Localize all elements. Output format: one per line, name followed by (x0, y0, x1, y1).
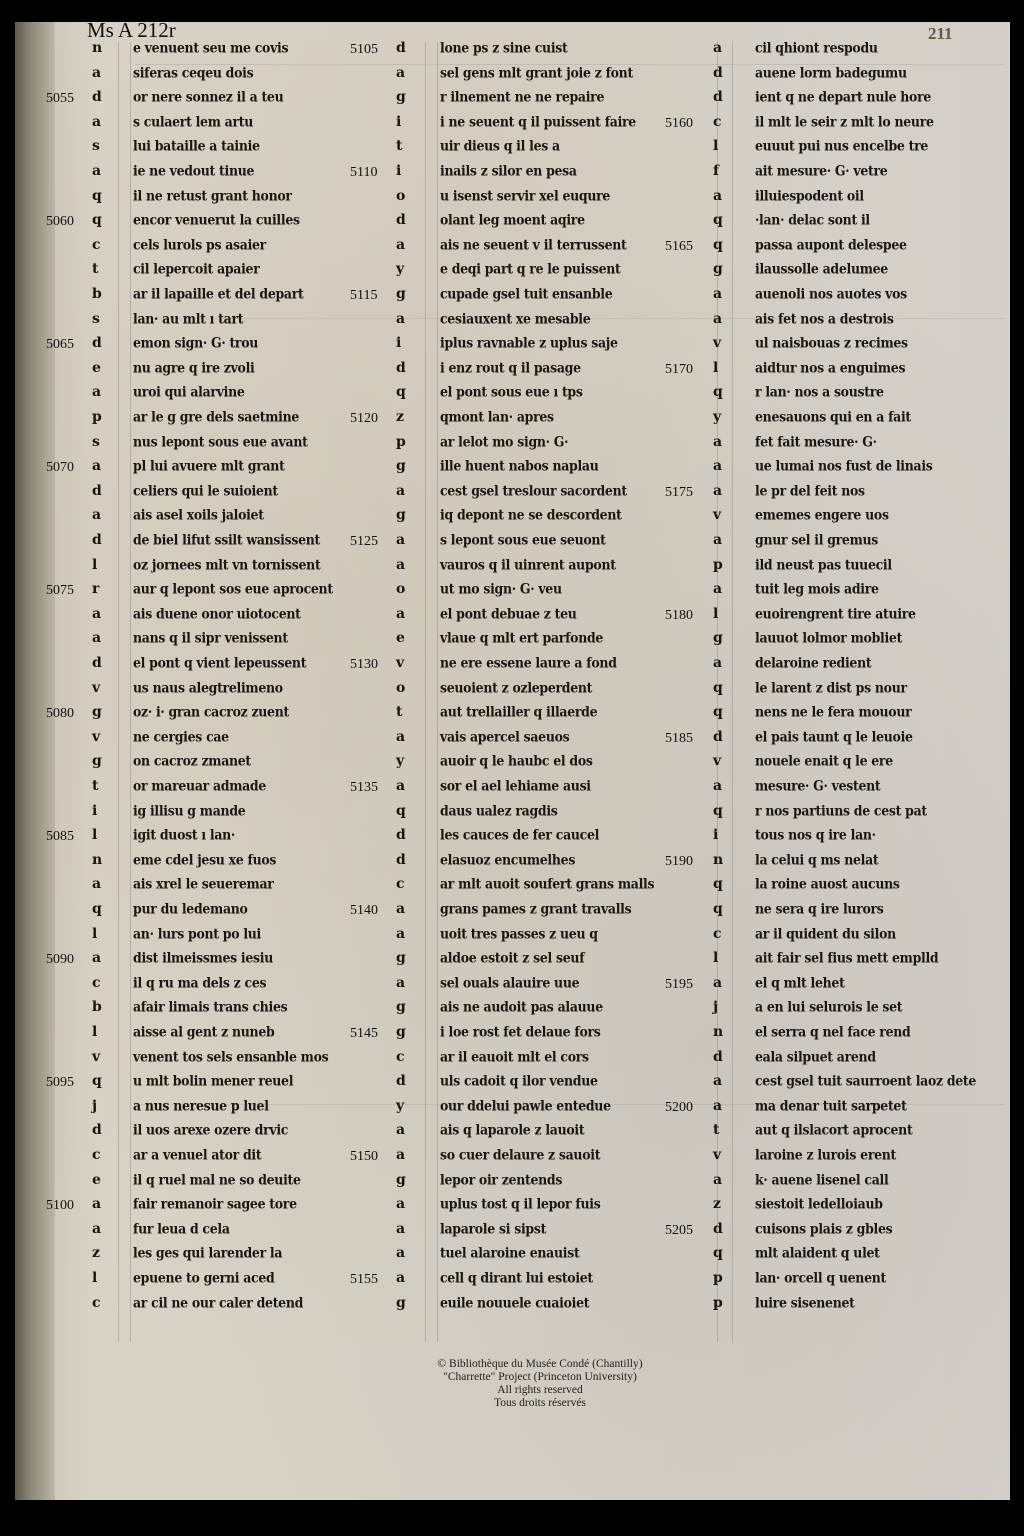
verse-initial: z (92, 1245, 100, 1261)
verse-initial: l (92, 1024, 97, 1040)
verse-text: el pais taunt q le leuoie (755, 728, 913, 745)
verse-text: emon sign· G· trou (133, 334, 258, 351)
verse-initial: a (92, 384, 101, 400)
line-number: 5190 (665, 854, 693, 870)
verse-text: lui bataille a tainie (133, 137, 260, 154)
verse-text: tuel alaroine enauist (440, 1244, 579, 1261)
verse-text: ie ne vedout tinue (133, 162, 254, 179)
verse-text: el pont debuae z teu (440, 605, 577, 622)
verse-initial: a (713, 778, 722, 794)
verse-text: i enz rout q il pasage (440, 359, 581, 376)
verse-initial: o (396, 581, 405, 597)
verse-initial: a (396, 606, 405, 622)
verse-initial: a (396, 1245, 405, 1261)
verse-text: nouele enait q le ere (755, 752, 893, 769)
verse-initial: b (92, 999, 102, 1015)
verse-initial: d (92, 483, 102, 499)
verse-initial: a (396, 1196, 405, 1212)
verse-initial: o (396, 188, 405, 204)
verse-text: s culaert lem artu (133, 113, 253, 130)
verse-text: tous nos q ire lan· (755, 826, 876, 843)
verse-text: grans pames z grant travalls (440, 900, 631, 917)
verse-text: r lan· nos a soustre (755, 383, 884, 400)
line-number: 5055 (46, 91, 74, 107)
verse-initial: q (713, 237, 723, 253)
verse-text: auene lorm badegumu (755, 63, 907, 80)
verse-initial: t (92, 261, 98, 277)
verse-initial: e (92, 360, 101, 376)
verse-text: nens ne le fera mouour (755, 703, 911, 720)
verse-initial: q (92, 188, 102, 204)
line-number: 5185 (665, 731, 693, 747)
verse-initial: j (713, 999, 718, 1015)
verse-initial: c (713, 114, 722, 130)
line-number: 5065 (46, 337, 74, 353)
verse-text: laroine z lurois erent (755, 1146, 896, 1163)
verse-text: e deqi part q re le puissent (440, 260, 621, 277)
verse-initial: q (713, 876, 723, 892)
verse-initial: c (713, 926, 722, 942)
verse-text: aidtur nos a enguimes (755, 359, 905, 376)
verse-text: cels lurols ps asaier (133, 236, 266, 253)
line-number: 5120 (350, 411, 378, 427)
verse-text: eme cdel jesu xe fuos (133, 851, 276, 868)
verse-text: auoir q le haubc el dos (440, 752, 593, 769)
verse-text: la celui q ms nelat (755, 851, 878, 868)
verse-text: auenoli nos auotes vos (755, 285, 907, 302)
verse-initial: z (713, 1196, 721, 1212)
folio-label: Ms A 212r (87, 20, 176, 41)
verse-text: oz jornees mlt vn tornissent (133, 555, 320, 572)
verse-initial: g (396, 950, 406, 966)
verse-initial: v (396, 655, 404, 671)
verse-initial: a (396, 926, 405, 942)
verse-initial: l (713, 360, 718, 376)
verse-text: uir dieus q il les a (440, 137, 560, 154)
verse-initial: a (92, 630, 101, 646)
verse-text: uls cadoit q ilor vendue (440, 1072, 598, 1089)
verse-text: el pont sous eue ı tps (440, 383, 583, 400)
verse-initial: a (713, 532, 722, 548)
copyright-line: © Bibliothèque du Musée Condé (Chantilly… (380, 1358, 700, 1371)
line-number: 5110 (350, 165, 377, 181)
verse-text: r nos partiuns de cest pat (755, 801, 927, 818)
verse-initial: a (92, 65, 101, 81)
verse-text: olant leg moent aqire (440, 211, 585, 228)
verse-initial: a (396, 483, 405, 499)
verse-text: les ges qui larender la (133, 1244, 282, 1261)
verse-text: nans q il sipr venissent (133, 629, 288, 646)
line-number: 5200 (665, 1100, 693, 1116)
ruling-line (732, 42, 733, 1342)
verse-text: cuisons plais z gbles (755, 1220, 892, 1237)
line-number: 5075 (46, 583, 74, 599)
verse-initial: c (92, 975, 101, 991)
verse-text: oz· i· gran cacroz zuent (133, 703, 289, 720)
verse-text: ar il quident du silon (755, 924, 896, 941)
verse-text: igit duost ı lan· (133, 826, 235, 843)
verse-initial: q (713, 384, 723, 400)
verse-initial: n (92, 40, 102, 56)
verse-initial: d (92, 1122, 102, 1138)
verse-initial: n (713, 1024, 723, 1040)
verse-initial: t (396, 704, 402, 720)
verse-initial: a (713, 311, 722, 327)
verse-text: cest gsel treslour sacordent (440, 482, 627, 499)
verse-text: on cacroz zmanet (133, 752, 251, 769)
line-number: 5145 (350, 1026, 378, 1042)
verse-text: la roine auost aucuns (755, 875, 900, 892)
line-number: 5080 (46, 706, 74, 722)
verse-initial: g (713, 261, 723, 277)
verse-initial: g (396, 1172, 406, 1188)
verse-initial: d (396, 212, 406, 228)
verse-initial: q (92, 1073, 102, 1089)
verse-initial: g (92, 753, 102, 769)
verse-initial: t (92, 778, 98, 794)
verse-initial: a (396, 65, 405, 81)
verse-initial: p (396, 434, 406, 450)
verse-text: vais apercel saeuos (440, 728, 569, 745)
verse-text: ne sera q ire lurors (755, 900, 884, 917)
verse-text: gnur sel il gremus (755, 531, 878, 548)
verse-initial: a (713, 188, 722, 204)
verse-initial: a (396, 311, 405, 327)
line-number: 5135 (350, 780, 378, 796)
verse-text: el q mlt lehet (755, 974, 845, 991)
line-number: 5150 (350, 1149, 378, 1165)
verse-text: ar le g gre dels saetmine (133, 408, 299, 425)
verse-initial: c (396, 876, 405, 892)
verse-initial: s (92, 434, 100, 450)
verse-initial: i (713, 827, 718, 843)
verse-text: ille huent nabos naplau (440, 457, 599, 474)
verse-initial: v (713, 753, 721, 769)
verse-initial: i (396, 335, 401, 351)
verse-initial: a (396, 1122, 405, 1138)
verse-text: lauuot lolmor mobliet (755, 629, 902, 646)
verse-initial: d (92, 655, 102, 671)
verse-text: ais q laparole z lauoit (440, 1121, 584, 1138)
verse-initial: a (396, 1147, 405, 1163)
verse-initial: a (396, 532, 405, 548)
verse-initial: l (92, 1270, 97, 1286)
verse-text: ut mo sign· G· veu (440, 580, 562, 597)
verse-initial: a (713, 434, 722, 450)
copyright-line: Tous droits réservés (380, 1397, 700, 1410)
verse-text: qmont lan· apres (440, 408, 554, 425)
verse-initial: g (396, 1295, 406, 1311)
verse-text: ais duene onor uiotocent (133, 605, 301, 622)
verse-text: siestoit ledelloiaub (755, 1195, 883, 1212)
line-number: 5155 (350, 1272, 378, 1288)
verse-text: fur leua d cela (133, 1220, 230, 1237)
verse-initial: l (92, 557, 97, 573)
line-number: 5070 (46, 460, 74, 476)
verse-initial: a (396, 975, 405, 991)
verse-text: siferas ceqeu dois (133, 63, 253, 80)
verse-initial: c (92, 1147, 101, 1163)
verse-text: euile nouuele cuaioiet (440, 1293, 589, 1310)
verse-initial: c (92, 1295, 101, 1311)
verse-initial: q (713, 212, 723, 228)
verse-initial: p (713, 1295, 723, 1311)
verse-text: pl lui avuere mlt grant (133, 457, 285, 474)
verse-text: ar mlt auoit soufert grans malls (440, 875, 654, 892)
verse-initial: a (713, 40, 722, 56)
verse-initial: d (396, 40, 406, 56)
verse-text: uplus tost q il lepor fuis (440, 1195, 600, 1212)
verse-initial: a (713, 655, 722, 671)
verse-initial: b (92, 286, 102, 302)
verse-initial: l (92, 926, 97, 942)
line-number: 5165 (665, 239, 693, 255)
verse-text: aur q lepont sos eue aprocent (133, 580, 333, 597)
verse-text: il mlt le seir z mlt lo neure (755, 113, 934, 130)
verse-text: eala silpuet arend (755, 1047, 876, 1064)
verse-text: u mlt bolin mener reuel (133, 1072, 293, 1089)
verse-text: or mareuar admade (133, 777, 266, 794)
verse-text: le pr del feit nos (755, 482, 865, 499)
verse-text: ne ere essene laure a fond (440, 654, 617, 671)
verse-text: ne cergies cae (133, 728, 229, 745)
line-number: 5105 (350, 42, 378, 58)
verse-text: us naus alegtrelimeno (133, 678, 283, 695)
verse-text: ue lumai nos fust de linais (755, 457, 933, 474)
verse-text: cell q dirant lui estoiet (440, 1269, 593, 1286)
verse-text: or nere sonnez il a teu (133, 88, 283, 105)
verse-initial: v (92, 680, 100, 696)
verse-initial: c (396, 1049, 405, 1065)
verse-text: i ne seuent q il puissent faire (440, 113, 636, 130)
verse-initial: p (713, 1270, 723, 1286)
verse-text: venent tos sels ensanble mos (133, 1047, 328, 1064)
line-number: 5115 (350, 288, 377, 304)
verse-initial: l (713, 950, 718, 966)
verse-text: an· lurs pont po lui (133, 924, 261, 941)
verse-initial: a (713, 458, 722, 474)
verse-text: ig illisu g mande (133, 801, 245, 818)
verse-initial: y (713, 409, 721, 425)
line-number: 5085 (46, 829, 74, 845)
verse-text: ·lan· delac sont il (755, 211, 870, 228)
verse-text: celiers qui le suioient (133, 482, 278, 499)
verse-initial: q (396, 803, 406, 819)
verse-text: dist ilmeissmes iesiu (133, 949, 273, 966)
verse-text: uroi qui alarvine (133, 383, 245, 400)
verse-initial: s (92, 138, 100, 154)
copyright-notice: © Bibliothèque du Musée Condé (Chantilly… (380, 1358, 700, 1410)
verse-text: aut trellailler q illaerde (440, 703, 597, 720)
verse-text: il q ruel mal ne so deuite (133, 1170, 301, 1187)
verse-text: sel gens mlt grant joie z font (440, 63, 633, 80)
verse-initial: g (396, 89, 406, 105)
verse-initial: d (713, 729, 723, 745)
verse-text: illuiespodent oil (755, 186, 864, 203)
verse-text: luire sisenenet (755, 1293, 855, 1310)
verse-text: ul naisbouas z recimes (755, 334, 908, 351)
copyright-line: All rights reserved (380, 1384, 700, 1397)
verse-text: ilaussolle adelumee (755, 260, 888, 277)
verse-initial: p (92, 409, 102, 425)
verse-initial: a (92, 876, 101, 892)
verse-initial: a (92, 114, 101, 130)
verse-text: il q ru ma dels z ces (133, 974, 266, 991)
verse-text: cesiauxent xe mesable (440, 309, 590, 326)
verse-text: lan· orcell q uenent (755, 1269, 886, 1286)
verse-text: ais asel xoils jaloiet (133, 506, 264, 523)
verse-initial: a (92, 1221, 101, 1237)
verse-initial: f (713, 163, 719, 179)
verse-text: il ne retust grant honor (133, 186, 292, 203)
verse-text: aut q ilslacort aprocent (755, 1121, 912, 1138)
verse-text: iplus ravnable z uplus saje (440, 334, 618, 351)
line-number: 5175 (665, 485, 693, 501)
verse-text: afair limais trans chies (133, 998, 287, 1015)
verse-initial: y (396, 1098, 404, 1114)
verse-initial: d (396, 827, 406, 843)
verse-initial: l (713, 138, 718, 154)
verse-initial: g (396, 999, 406, 1015)
line-number: 5205 (665, 1223, 693, 1239)
verse-text: pur du ledemano (133, 900, 248, 917)
verse-text: passa aupont delespee (755, 236, 907, 253)
verse-text: ais ne audoit pas alauue (440, 998, 603, 1015)
verse-text: nu agre q ire zvoli (133, 359, 255, 376)
verse-initial: d (92, 89, 102, 105)
verse-text: ar il eauoit mlt el cors (440, 1047, 589, 1064)
verse-initial: e (92, 1172, 101, 1188)
ruling-line (130, 42, 131, 1342)
line-number: 5060 (46, 214, 74, 230)
verse-initial: q (713, 704, 723, 720)
verse-initial: a (92, 606, 101, 622)
verse-initial: q (713, 901, 723, 917)
verse-text: a nus neresue p luel (133, 1097, 269, 1114)
line-number: 5125 (350, 534, 378, 550)
verse-initial: a (396, 778, 405, 794)
verse-initial: d (713, 65, 723, 81)
verse-initial: c (92, 237, 101, 253)
copyright-line: "Charrette" Project (Princeton Universit… (380, 1371, 700, 1384)
verse-text: ar lelot mo sign· G· (440, 432, 568, 449)
verse-initial: t (396, 138, 402, 154)
verse-text: seuoient z ozleperdent (440, 678, 592, 695)
verse-initial: q (396, 384, 406, 400)
verse-text: i loe rost fet delaue fors (440, 1023, 601, 1040)
verse-text: fair remanoir sagee tore (133, 1195, 297, 1212)
verse-text: de biel lifut ssilt wansissent (133, 531, 320, 548)
verse-initial: q (713, 1245, 723, 1261)
verse-text: sor el ael lehiame ausi (440, 777, 591, 794)
verse-text: laparole si sipst (440, 1220, 546, 1237)
verse-text: inails z silor en pesa (440, 162, 577, 179)
verse-text: u isenst servir xel euqure (440, 186, 610, 203)
verse-initial: a (713, 581, 722, 597)
verse-initial: a (396, 1221, 405, 1237)
verse-text: iq depont ne se descordent (440, 506, 622, 523)
verse-initial: a (713, 286, 722, 302)
verse-initial: i (396, 163, 401, 179)
verse-text: il uos arexe ozere drvic (133, 1121, 288, 1138)
verse-text: a en lui selurois le set (755, 998, 902, 1015)
verse-initial: q (92, 212, 102, 228)
verse-text: ais ne seuent v il terrussent (440, 236, 627, 253)
verse-text: ar cil ne our caler detend (133, 1293, 303, 1310)
verse-text: fet fait mesure· G· (755, 432, 877, 449)
ruling-line (437, 42, 438, 1342)
verse-initial: v (713, 507, 721, 523)
verse-text: uoit tres passes z ueu q (440, 924, 598, 941)
verse-text: le larent z dist ps nour (755, 678, 907, 695)
line-number: 5160 (665, 116, 693, 132)
verse-text: ait fair sel fius mett emplld (755, 949, 938, 966)
verse-text: vauros q il uinrent aupont (440, 555, 616, 572)
verse-text: euuut pui nus encelbe tre (755, 137, 928, 154)
verse-text: elasuoz encumelhes (440, 851, 575, 868)
verse-initial: q (713, 803, 723, 819)
verse-initial: a (396, 237, 405, 253)
verse-initial: v (92, 729, 100, 745)
verse-initial: v (92, 1049, 100, 1065)
verse-initial: j (92, 1098, 97, 1114)
verse-initial: i (396, 114, 401, 130)
verse-text: cil lepercoit apaier (133, 260, 260, 277)
verse-initial: a (92, 1196, 101, 1212)
verse-initial: z (396, 409, 404, 425)
verse-text: mesure· G· vestent (755, 777, 880, 794)
verse-initial: d (396, 1073, 406, 1089)
verse-initial: l (92, 827, 97, 843)
verse-initial: a (396, 901, 405, 917)
verse-text: mlt alaident q ulet (755, 1244, 880, 1261)
verse-initial: v (713, 1147, 721, 1163)
verse-initial: g (396, 458, 406, 474)
verse-text: cil qhiont respodu (755, 39, 878, 56)
verse-initial: n (713, 852, 723, 868)
verse-text: ait mesure· G· vetre (755, 162, 887, 179)
verse-initial: o (396, 680, 405, 696)
verse-text: euoirengrent tire atuire (755, 605, 916, 622)
verse-text: encor venuerut la cuilles (133, 211, 300, 228)
verse-initial: g (713, 630, 723, 646)
verse-text: vlaue q mlt ert parfonde (440, 629, 603, 646)
verse-initial: a (713, 1172, 722, 1188)
verse-initial: g (92, 704, 102, 720)
verse-text: k· auene lisenel call (755, 1170, 888, 1187)
verse-text: sel ouals alauire uue (440, 974, 579, 991)
verse-text: aisse al gent z nuneb (133, 1023, 274, 1040)
verse-initial: a (92, 163, 101, 179)
verse-initial: y (396, 261, 404, 277)
line-number: 5130 (350, 657, 378, 673)
verse-initial: g (396, 1024, 406, 1040)
verse-text: ient q ne depart nule hore (755, 88, 931, 105)
verse-initial: a (713, 1073, 722, 1089)
verse-initial: s (92, 311, 100, 327)
verse-text: our ddelui pawle entedue (440, 1097, 611, 1114)
ruling-line (425, 42, 426, 1342)
verse-initial: a (396, 557, 405, 573)
verse-initial: e (396, 630, 405, 646)
verse-initial: i (92, 803, 97, 819)
line-number: 5195 (665, 977, 693, 993)
verse-initial: a (396, 1270, 405, 1286)
verse-initial: q (713, 680, 723, 696)
verse-text: ar il lapaille et del depart (133, 285, 304, 302)
verse-text: ais fet nos a destrois (755, 309, 894, 326)
verse-text: lone ps z sine cuist (440, 39, 568, 56)
